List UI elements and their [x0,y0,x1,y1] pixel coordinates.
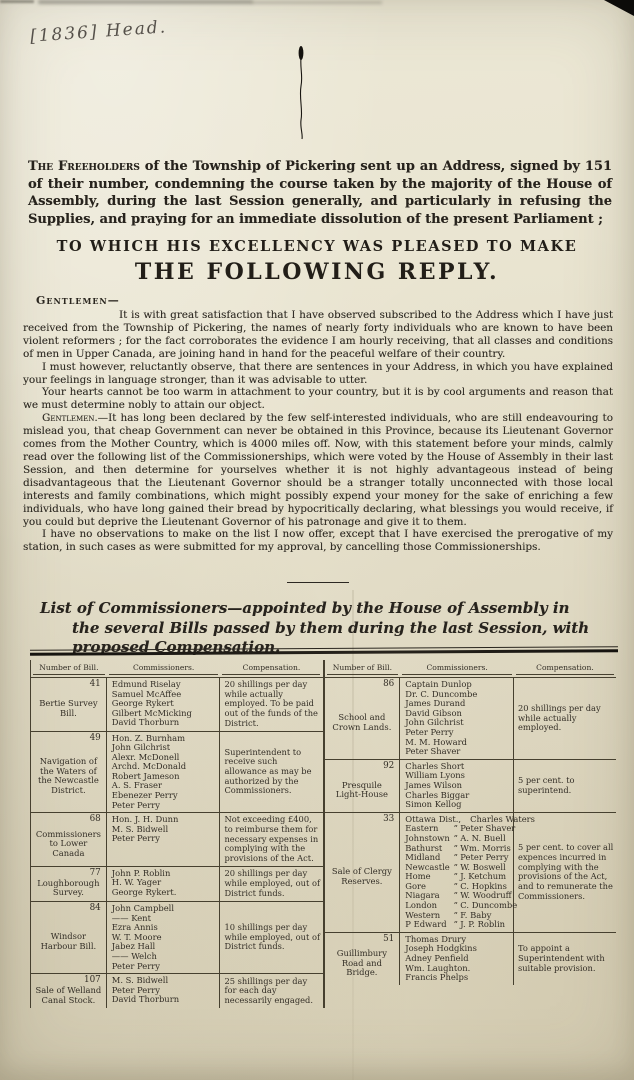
bill-cell: 86School and Crown Lands. [325,678,401,759]
table-row: 92Presquile Light-HouseCharles ShortWill… [325,759,617,812]
scan-edge-smudge [38,0,253,4]
compensation-text: Not exceeding £400, to reimburse them fo… [224,815,320,864]
section-divider-rule [287,582,349,583]
district-name: P Edward [405,920,451,930]
bill-number: 107 [33,975,104,985]
heading-line-2: THE FOLLOWING REPLY. [0,259,634,285]
compensation-text: 25 shillings per day for each day necess… [224,977,320,1006]
table-row: 49Navigation of the Waters of the Newcas… [31,731,323,813]
bill-cell: 77Loughborough Survey. [31,867,107,901]
commissioner-name: Simon Kellog [405,800,511,810]
commissioners-cell: Captain DunlopDr. C. DuncombeJames Duran… [400,678,514,759]
commissioner-name: J. P. Roblin [460,920,511,930]
commissioners-cell: M. S. BidwellPeter PerryDavid Thorburn [107,974,221,1008]
bill-cell: 107Sale of Welland Canal Stock. [31,974,107,1008]
bill-name: Loughborough Survey. [33,878,104,900]
column-header: Compensation. [220,660,322,677]
bill-number: 86 [327,679,398,689]
compensation-cell: 20 shillings per day while actually empl… [220,678,322,731]
bill-number: 51 [327,934,398,944]
compensation-cell: 5 per cent. to cover all expences incurr… [514,813,616,932]
commissioner-name: David Thorburn [112,718,218,728]
heading-line-1: TO WHICH HIS EXCELLENCY WAS PLEASED TO M… [0,238,634,255]
commissioner-district-pair: P Edward”J. P. Roblin [405,920,511,930]
table-row: 41Bertie Survey Bill.Edmund RiselaySamue… [31,677,323,731]
bill-name: Presquile Light-House [327,771,398,811]
commissioners-cell: John Campbell—— KentEzra AnnisW. T. Moor… [107,902,221,973]
reply-paragraph: I must however, reluctantly observe, tha… [23,361,613,387]
scan-edge-smudge [252,1,382,4]
table-row: 51Guillimbury Road and Bridge.Thomas Dru… [325,932,617,985]
bill-cell: 49Navigation of the Waters of the Newcas… [31,732,107,813]
table-row: 84Windsor Harbour Bill.John Campbell—— K… [31,901,323,973]
compensation-text: 5 per cent. to cover all expences incurr… [518,843,614,901]
column-header: Compensation. [514,660,616,677]
compensation-cell: Not exceeding £400, to reimburse them fo… [220,813,322,866]
bill-number: 92 [327,761,398,771]
compensation-cell: 5 per cent. to superintend. [514,760,616,812]
bill-number: 77 [33,868,104,878]
compensation-cell: 20 shillings per day while employed, out… [220,867,322,901]
bill-name: Navigation of the Waters of the Newcastl… [33,743,104,812]
column-header: Number of Bill. [31,660,107,677]
bill-cell: 41Bertie Survey Bill. [31,678,107,731]
reply-body: It is with great satisfaction that I hav… [23,309,613,554]
bill-name: Sale of Welland Canal Stock. [33,985,104,1007]
compensation-text: 20 shillings per day while actually empl… [518,704,614,733]
commissioners-cell: John P. RoblinH. W. YagerGeorge Rykert. [107,867,221,901]
compensation-text: To appoint a Superintendent with suitabl… [518,944,614,973]
compensation-cell: 20 shillings per day while actually empl… [514,678,616,759]
bill-cell: 84Windsor Harbour Bill. [31,902,107,973]
table-row: 107Sale of Welland Canal Stock.M. S. Bid… [31,973,323,1008]
reply-paragraph: I have no observations to make on the li… [23,528,613,554]
bill-name: Windsor Harbour Bill. [33,913,104,972]
commissioners-cell: Thomas DruryJoseph HodgkinsAdney Penfiel… [400,933,514,985]
commissioner-name: Peter Perry [112,834,218,844]
bill-number: 49 [33,733,104,743]
compensation-cell: 25 shillings per day for each day necess… [220,974,322,1008]
commissioner-name: Peter Perry [112,801,218,811]
compensation-cell: Superintendent to receive such allowance… [220,732,322,813]
compensation-cell: 10 shillings per day while employed, out… [220,902,322,973]
commissioner-name: David Thorburn [112,995,218,1005]
paragraph-lead: Gentlemen.— [42,412,108,424]
bill-cell: 51Guillimbury Road and Bridge. [325,933,401,985]
ditto-mark: ” [451,920,460,930]
compensation-text: Superintendent to receive such allowance… [224,748,320,797]
scan-edge-smudge [0,0,34,3]
table-row: 86School and Crown Lands.Captain DunlopD… [325,677,617,759]
commissioners-cell: Ottawa Dist.,Charles WatersEastern”Peter… [400,813,514,932]
bill-cell: 33Sale of Clergy Reserves. [325,813,401,932]
bill-number: 33 [327,814,398,824]
bill-cell: 68Commissioners to Lower Canada [31,813,107,866]
compensation-text: 5 per cent. to superintend. [518,776,614,795]
intro-paragraph: The Freeholders of the Township of Picke… [28,158,612,228]
column-header: Commissioners. [107,660,221,677]
column-header: Number of Bill. [325,660,401,677]
bill-name: Commissioners to Lower Canada [33,824,104,865]
table-row: 77Loughborough Survey.John P. RoblinH. W… [31,866,323,901]
compensation-text: 20 shillings per day while employed, out… [224,869,320,898]
commissioner-name: Peter Shaver [405,747,511,757]
reply-paragraph: Gentlemen.—It has long been declared by … [23,412,613,528]
commissioners-cell: Edmund RiselaySamuel McAffeeGeorge Ryker… [107,678,221,731]
commissioners-cell: Charles ShortWilliam LyonsJames WilsonCh… [400,760,514,812]
commissioners-table-left: Number of Bill. Commissioners. Compensat… [30,660,324,1008]
table-row: 68Commissioners to Lower CanadaHon. J. H… [31,812,323,866]
bill-name: Bertie Survey Bill. [33,689,104,730]
commissioners-cell: Hon. J. H. DunnM. S. BidwellPeter Perry [107,813,221,866]
compensation-cell: To appoint a Superintendent with suitabl… [514,933,616,985]
bill-name: Guillimbury Road and Bridge. [327,944,398,984]
commissioner-name: Francis Phelps [405,973,511,983]
compensation-text: 10 shillings per day while employed, out… [224,923,320,952]
compensation-text: 20 shillings per day while actually empl… [224,680,320,729]
salutation: Gentlemen— [36,294,120,307]
table-row: 33Sale of Clergy Reserves.Ottawa Dist.,C… [325,812,617,932]
bill-name: School and Crown Lands. [327,689,398,758]
ink-mark [294,44,310,140]
bill-number: 41 [33,679,104,689]
bill-cell: 92Presquile Light-House [325,760,401,812]
commissioners-table-right: Number of Bill. Commissioners. Compensat… [324,660,617,1008]
commissioners-cell: Hon. Z. BurnhamJohn GilchristAlexr. McDo… [107,732,221,813]
table-header-row: Number of Bill. Commissioners. Compensat… [325,660,617,677]
commissioners-table: Number of Bill. Commissioners. Compensat… [30,660,616,1008]
intro-lead: The Freeholders [28,159,140,174]
reply-paragraph: Your hearts cannot be too warm in attach… [23,386,613,412]
reply-paragraph: It is with great satisfaction that I hav… [23,309,613,361]
bill-number: 84 [33,903,104,913]
commissioner-name: George Rykert. [112,888,218,898]
column-header: Commissioners. [400,660,514,677]
bill-number: 68 [33,814,104,824]
bill-name: Sale of Clergy Reserves. [327,824,398,931]
table-header-row: Number of Bill. Commissioners. Compensat… [31,660,323,677]
commissioner-name: Peter Perry [112,962,218,972]
